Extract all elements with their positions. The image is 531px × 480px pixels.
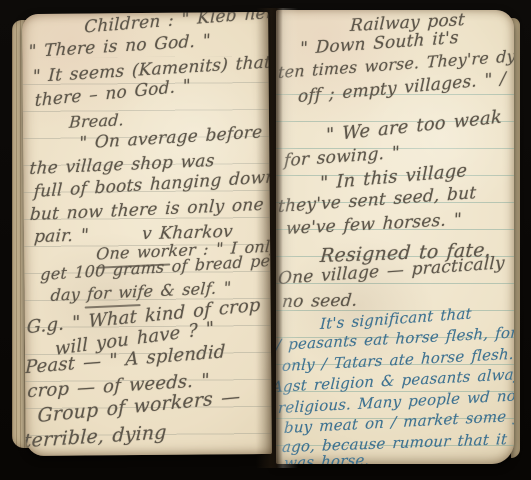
handwriting-line: " We are too weak [326, 108, 502, 145]
notebook-photo: Children : " Kleb nema " There is no God… [0, 0, 531, 480]
notebook-left-page: Children : " Kleb nema " There is no God… [22, 12, 272, 456]
notebook-right-page: Railway post " Down South it's ten times… [276, 10, 514, 464]
handwriting-line: but now there is only one [29, 197, 264, 225]
handwriting-line: we've few horses. " [286, 212, 463, 239]
handwriting-line-blue-ink: was horse. [283, 453, 370, 464]
handwriting-line: One village — practically [278, 255, 505, 289]
handwriting-line: no seed. [281, 293, 358, 312]
handwriting-line: get 100 grams of bread per [40, 252, 272, 283]
handwriting-line: Bread. [69, 112, 125, 131]
handwriting-line: terrible, dying [23, 423, 167, 452]
